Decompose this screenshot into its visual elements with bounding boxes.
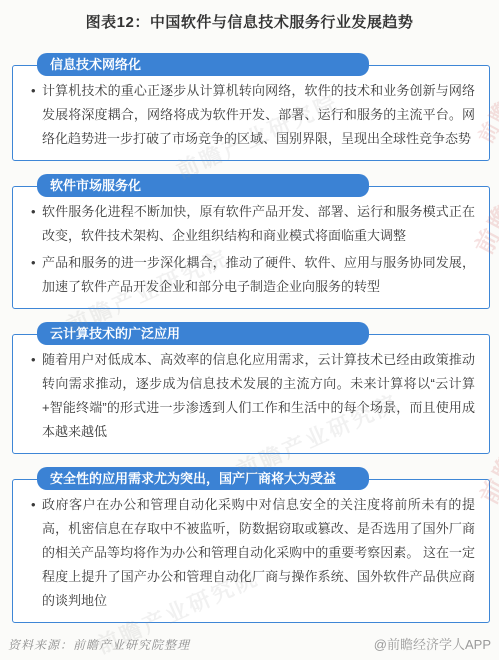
section-content-box: 软件服务化进程不断加快，原有软件产品开发、部署、运行和服务模式正在改变，软件技术… — [12, 186, 490, 309]
brand-credit: @前瞻经济学人APP — [374, 634, 491, 653]
section-header-label: 安全性的应用需求尤为突出，国产厂商将大为受益 — [50, 471, 336, 486]
bullet-text: 产品和服务的进一步深化耦合，推动了硬件、软件、应用与服务协同发展，加速了软件产品… — [42, 255, 475, 294]
section-header-label: 软件市场服务化 — [50, 178, 141, 193]
section-cloud-computing: 云计算技术的广泛应用 随着用户对低成本、高效率的信息化应用需求，云计算技术已经由… — [12, 322, 490, 454]
bullet-text: 软件服务化进程不断加快，原有软件产品开发、部署、运行和服务模式正在改变，软件技术… — [42, 204, 475, 243]
bullet-text: 随着用户对低成本、高效率的信息化应用需求，云计算技术已经由政策推动转向需求推动，… — [42, 352, 475, 439]
bullet-item: 软件服务化进程不断加快，原有软件产品开发、部署、运行和服务模式正在改变，软件技术… — [31, 200, 475, 248]
section-header-pill: 信息技术网络化 — [37, 53, 369, 76]
section-content-box: 政府客户在办公和管理自动化采购中对信息安全的关注度将前所未有的提高，机密信息在存… — [12, 479, 490, 623]
bullet-text: 政府客户在办公和管理自动化采购中对信息安全的关注度将前所未有的提高，机密信息在存… — [42, 497, 475, 608]
bullet-item: 计算机技术的重心正逐步从计算机转向网络，软件的技术和业务创新与网络发展将深度耦合… — [31, 79, 475, 151]
bullet-item: 产品和服务的进一步深化耦合，推动了硬件、软件、应用与服务协同发展，加速了软件产品… — [31, 251, 475, 299]
section-header-pill: 软件市场服务化 — [37, 174, 369, 197]
bullet-item: 随着用户对低成本、高效率的信息化应用需求，云计算技术已经由政策推动转向需求推动，… — [31, 348, 475, 444]
section-header-pill: 云计算技术的广泛应用 — [37, 322, 369, 345]
report-figure-page: 图表12：中国软件与信息技术服务行业发展趋势 信息技术网络化 计算机技术的重心正… — [0, 0, 499, 660]
bullet-text: 计算机技术的重心正逐步从计算机转向网络，软件的技术和业务创新与网络发展将深度耦合… — [42, 83, 475, 146]
section-software-servitization: 软件市场服务化 软件服务化进程不断加快，原有软件产品开发、部署、运行和服务模式正… — [12, 174, 490, 309]
section-header-label: 云计算技术的广泛应用 — [50, 326, 180, 341]
figure-title: 图表12：中国软件与信息技术服务行业发展趋势 — [0, 0, 499, 32]
section-content-box: 随着用户对低成本、高效率的信息化应用需求，云计算技术已经由政策推动转向需求推动，… — [12, 334, 490, 454]
footer: 资料来源：前瞻产业研究院整理 @前瞻经济学人APP — [8, 634, 491, 653]
bullet-item: 政府客户在办公和管理自动化采购中对信息安全的关注度将前所未有的提高，机密信息在存… — [31, 493, 475, 613]
section-security-demand: 安全性的应用需求尤为突出，国产厂商将大为受益 政府客户在办公和管理自动化采购中对… — [12, 467, 490, 623]
section-header-label: 信息技术网络化 — [50, 57, 141, 72]
section-content-box: 计算机技术的重心正逐步从计算机转向网络，软件的技术和业务创新与网络发展将深度耦合… — [12, 65, 490, 161]
source-note: 资料来源：前瞻产业研究院整理 — [8, 636, 190, 653]
section-header-pill: 安全性的应用需求尤为突出，国产厂商将大为受益 — [37, 467, 369, 490]
section-it-networking: 信息技术网络化 计算机技术的重心正逐步从计算机转向网络，软件的技术和业务创新与网… — [12, 53, 490, 161]
